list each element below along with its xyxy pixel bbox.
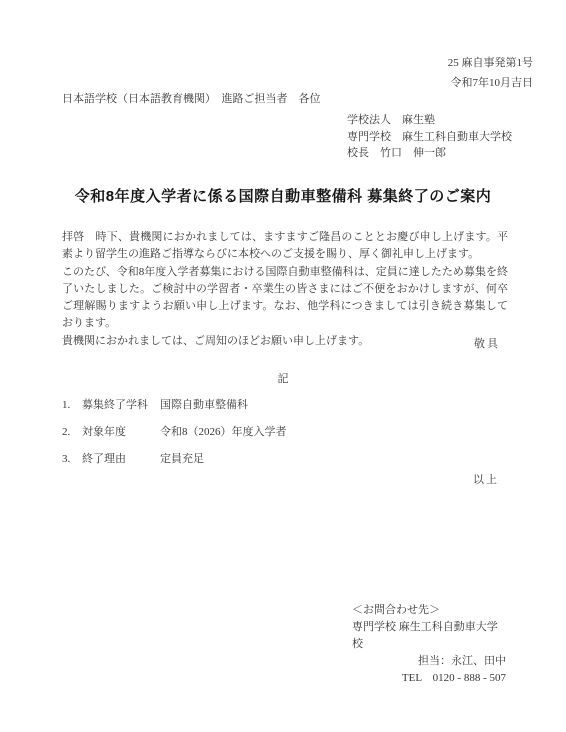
sender-block: 学校法人 麻生塾 専門学校 麻生工科自動車大学校 校長 竹口 伸一郎: [347, 112, 512, 162]
letter-body: 拝啓 時下、貴機関におかれましては、ますますご隆昌のこととお慶び申し上げます。平…: [62, 229, 508, 350]
record-item-value: 令和8（2026）年度入学者: [160, 424, 508, 441]
body-paragraph-1: 拝啓 時下、貴機関におかれましては、ますますご隆昌のこととお慶び申し上げます。平…: [62, 229, 508, 264]
record-heading: 記: [0, 370, 566, 386]
document-title: 令和8年度入学者に係る国際自動車整備科 募集終了のご案内: [0, 185, 566, 206]
record-item-3: 3. 終了理由 定員充足: [62, 451, 508, 468]
record-item-number: 2.: [62, 424, 82, 441]
contact-heading: ＜お問合わせ先＞: [352, 602, 506, 619]
record-item-1: 1. 募集終了学科 国際自動車整備科: [62, 397, 508, 414]
document-meta: 25 麻自事発第1号 令和7年10月吉日: [448, 53, 533, 93]
document-page: 25 麻自事発第1号 令和7年10月吉日 日本語学校（日本語教育機関） 進路ご担…: [0, 0, 566, 732]
document-date: 令和7年10月吉日: [448, 73, 533, 93]
record-item-label: 募集終了学科: [82, 397, 160, 414]
record-item-2: 2. 対象年度 令和8（2026）年度入学者: [62, 424, 508, 441]
record-item-number: 1.: [62, 397, 82, 414]
addressee-line: 日本語学校（日本語教育機関） 進路ご担当者 各位: [62, 90, 321, 106]
contact-staff: 担当：永江、田中: [352, 653, 506, 670]
contact-school: 専門学校 麻生工科自動車大学校: [352, 619, 506, 653]
record-list: 1. 募集終了学科 国際自動車整備科 2. 対象年度 令和8（2026）年度入学…: [62, 397, 508, 478]
body-paragraph-2: このたび、令和8年度入学者募集における国際自動車整備科は、定員に達したため募集を…: [62, 264, 508, 333]
closing-keigu: 敬具: [474, 335, 500, 351]
sender-school: 専門学校 麻生工科自動車大学校: [347, 129, 512, 146]
sender-principal: 校長 竹口 伸一郎: [347, 145, 512, 162]
record-item-label: 終了理由: [82, 451, 160, 468]
record-item-value: 定員充足: [160, 451, 508, 468]
record-item-number: 3.: [62, 451, 82, 468]
contact-block: ＜お問合わせ先＞ 専門学校 麻生工科自動車大学校 担当：永江、田中 TEL 01…: [352, 602, 506, 687]
document-number: 25 麻自事発第1号: [448, 53, 533, 73]
contact-tel: TEL 0120 - 888 - 507: [352, 670, 506, 687]
sender-corporation: 学校法人 麻生塾: [347, 112, 512, 129]
end-mark-ijou: 以上: [473, 471, 499, 487]
body-paragraph-3: 貴機関におかれましては、ご周知のほどお願い申し上げます。: [62, 333, 508, 350]
record-item-value: 国際自動車整備科: [160, 397, 508, 414]
record-item-label: 対象年度: [82, 424, 160, 441]
